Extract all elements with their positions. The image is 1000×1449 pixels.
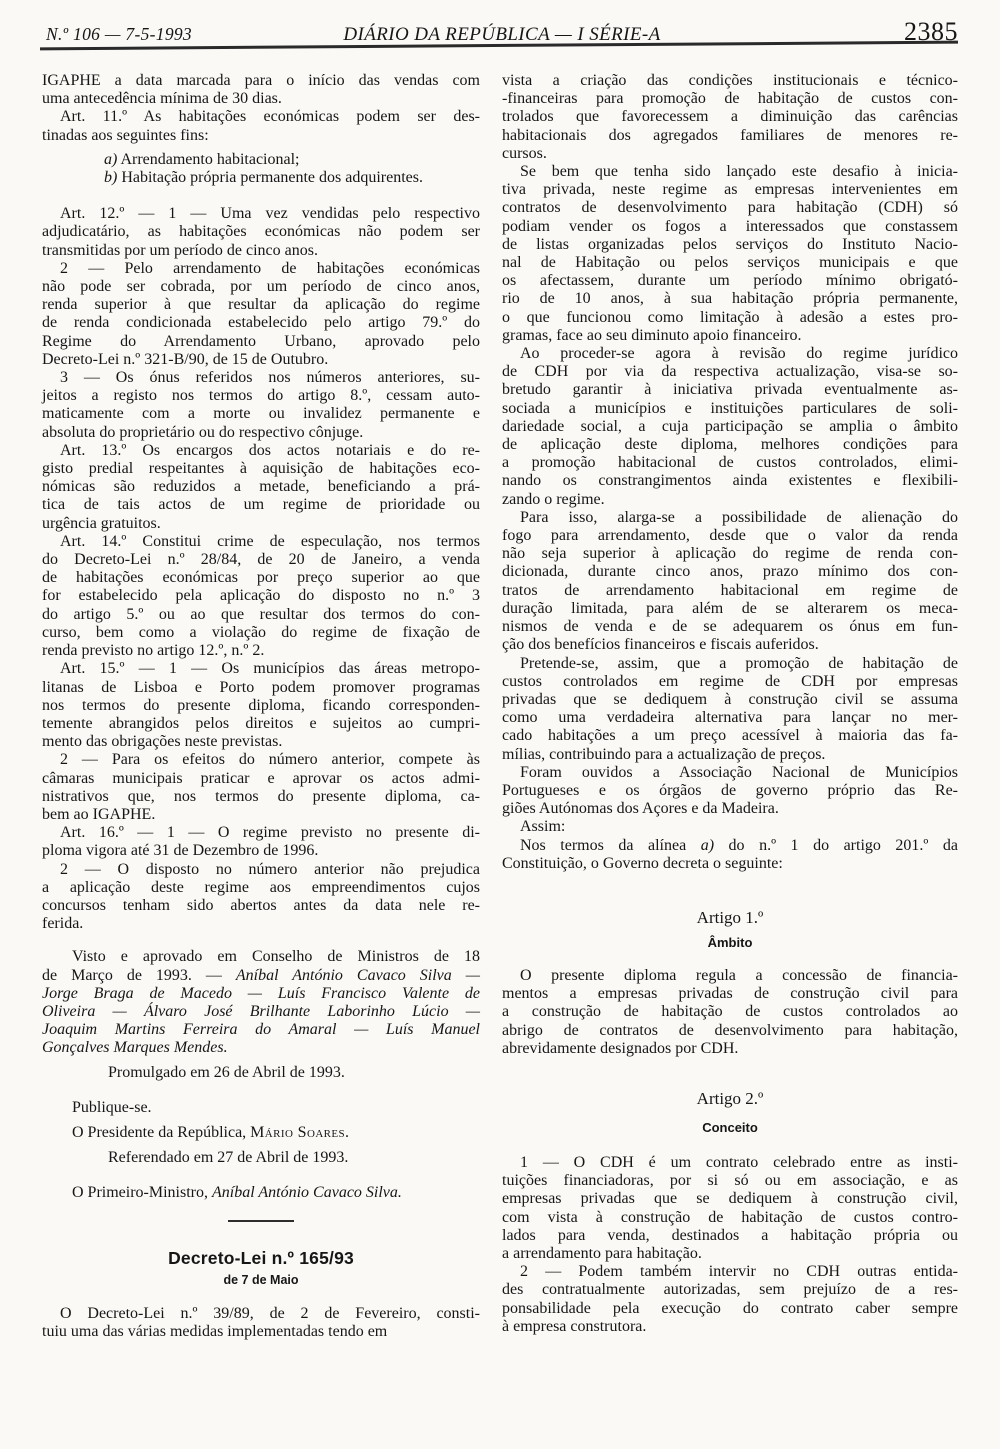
right-column: vista a criação das condições institucio…: [502, 72, 958, 1336]
text-line: O presente diploma regula a concessão de…: [502, 967, 958, 985]
text-line: 2 — Podem também intervir no CDH outras …: [502, 1263, 958, 1281]
text-line: curso, bem como a violação do regime de …: [42, 624, 480, 642]
paragraph: vista a criação das condições institucio…: [502, 72, 958, 163]
text-line: Para isso, alarga-se a possibilidade de …: [502, 509, 958, 527]
text-line: privadas que se dediquem à construção ci…: [502, 691, 958, 709]
text-line: Publique-se.: [42, 1099, 480, 1117]
paragraph: Foram ouvidos a Associação Nacional de M…: [502, 764, 958, 819]
text-line: bretudo garantir à iniciativa privada ev…: [502, 381, 958, 399]
text-line: mentos a empresas privadas de construção…: [502, 985, 958, 1003]
text-line: 3 — Os ónus referidos nos números anteri…: [42, 369, 480, 387]
left-column: IGAPHE a data marcada para o início das …: [42, 72, 480, 1341]
text-line: custos controlados em regime de CDH por …: [502, 673, 958, 691]
text-line: for estabelecido pela aplicação do dispo…: [42, 587, 480, 605]
text-line: de listas organizadas pelos serviços do …: [502, 236, 958, 254]
text-line: Art. 14.º Constitui crime de especulação…: [42, 533, 480, 551]
text-line: Art. 15.º — 1 — Os municípios das áreas …: [42, 660, 480, 678]
text-line: rio de 10 anos, à sua habitação própria …: [502, 290, 958, 308]
paragraph: 2 — Podem também intervir no CDH outras …: [502, 1263, 958, 1336]
text-line: concursos tenham sido abertos antes da d…: [42, 897, 480, 915]
text-line: de renda condicionada estabelecido pelo …: [42, 314, 480, 332]
text-line: contratos de desenvolvimento para habita…: [502, 199, 958, 217]
text-line: Promulgado em 26 de Abril de 1993.: [42, 1064, 480, 1082]
text-line: câmaras municipais praticar e aprovar os…: [42, 770, 480, 788]
text-line: não seja superior à aplicação do regime …: [502, 545, 958, 563]
text-line: nistrativos que, nos termos do presente …: [42, 788, 480, 806]
text-line: a arrendamento para habitação.: [502, 1245, 958, 1263]
text-line: tica de tais actos de um regime de prior…: [42, 496, 480, 514]
text-line: trolados que favorecessem a diminuição d…: [502, 108, 958, 126]
text-line: abrigo de contratos de desenvolvimento p…: [502, 1022, 958, 1040]
text-line: mento das obrigações neste previstas.: [42, 733, 480, 751]
text-line: absoluta do proprietário ou do respectiv…: [42, 424, 480, 442]
president-signature-line: O Presidente da República, Mário Soares.: [42, 1124, 480, 1142]
paragraph: Art. 11.º As habitações económicas podem…: [42, 108, 480, 144]
text-line: nal de Habitação ou pelos serviços munic…: [502, 254, 958, 272]
paragraph: Ao proceder-se agora à revisão do regime…: [502, 345, 958, 509]
text-line: uma antecedência mínima de 30 dias.: [42, 90, 480, 108]
text-line: gisto predial respeitantes à aquisição d…: [42, 460, 480, 478]
paragraph: 2 — O disposto no número anterior não pr…: [42, 861, 480, 934]
paragraph: Se bem que tenha sido lançado este desaf…: [502, 163, 958, 345]
text-run: Oliveira — Álvaro José Brilhante Laborin…: [42, 1003, 480, 1020]
text-line: do artigo 5.º ou ao que resultar dos ter…: [42, 606, 480, 624]
paragraph: IGAPHE a data marcada para o início das …: [42, 72, 480, 108]
text-line: Art. 12.º — 1 — Uma vez vendidas pelo re…: [42, 205, 480, 223]
paragraph: Assim:: [502, 818, 958, 836]
text-line: 2 — O disposto no número anterior não pr…: [42, 861, 480, 879]
text-line: não pode ser cobrada, por um período de …: [42, 278, 480, 296]
text-line: tuições financiadoras, por si só ou em a…: [502, 1172, 958, 1190]
paragraph: 3 — Os ónus referidos nos números anteri…: [42, 369, 480, 442]
text-line: a promoção habitacional de custos contro…: [502, 454, 958, 472]
text-line: O Presidente da República, Mário Soares.: [42, 1124, 480, 1142]
text-line: ploma vigora até 31 de Dezembro de 1996.: [42, 842, 480, 860]
text-line: habitacionais dos agregados familiares d…: [502, 127, 958, 145]
text-line: cado habitações a um preço acessível à m…: [502, 727, 958, 745]
text-line: Se bem que tenha sido lançado este desaf…: [502, 163, 958, 181]
paragraph: Art. 14.º Constitui crime de especulação…: [42, 533, 480, 660]
article-subheading: Conceito: [502, 1120, 958, 1136]
text-line: fogo para arrendamento, desde que o valo…: [502, 527, 958, 545]
text-line: nando os constrangimentos ainda existent…: [502, 472, 958, 490]
text-line: 2 — Para os efeitos do número anterior, …: [42, 751, 480, 769]
text-line: dicionada, durante cinco anos, prazo mín…: [502, 563, 958, 581]
text-line: como uma verdadeira alternativa para lan…: [502, 709, 958, 727]
article-heading: Artigo 1.º: [502, 907, 958, 929]
text-line: Oliveira — Álvaro José Brilhante Laborin…: [42, 1003, 480, 1021]
text-run: do n.º 1 do artigo 201.º da: [714, 837, 958, 854]
text-line: O Primeiro-Ministro, Aníbal António Cava…: [42, 1184, 480, 1202]
text-line: nos termos do presente diploma, ficando …: [42, 697, 480, 715]
text-line: maticamente com a morte ou invalidez per…: [42, 405, 480, 423]
text-line: Visto e aprovado em Conselho de Ministro…: [42, 948, 480, 966]
text-line: nómicas são reduzidos a metade, benefici…: [42, 478, 480, 496]
text-line: transmitidas por um período de cinco ano…: [42, 242, 480, 260]
text-run: Aníbal António Cavaco Silva —: [236, 967, 480, 984]
text-run: Arrendamento habitacional;: [117, 151, 299, 168]
text-line: renda previsto no artigo 12.º, n.º 2.: [42, 642, 480, 660]
text-line: Nos termos da alínea a) do n.º 1 do arti…: [502, 837, 958, 855]
text-line: adjudicatário, as habitações económicas …: [42, 223, 480, 241]
text-line: Gonçalves Marques Mendes.: [42, 1039, 480, 1057]
text-line: des contratualmente autorizadas, sem pre…: [502, 1281, 958, 1299]
text-line: Jorge Braga de Macedo — Luís Francisco V…: [42, 985, 480, 1003]
paragraph: 1 — O CDH é um contrato celebrado entre …: [502, 1154, 958, 1263]
text-line: Assim:: [502, 818, 958, 836]
text-run: a): [104, 151, 117, 168]
text-run: a): [701, 837, 714, 854]
text-line: Art. 11.º As habitações económicas podem…: [42, 108, 480, 126]
text-line: empresas privadas que se dediquem à cons…: [502, 1190, 958, 1208]
text-line: a aplicação deste regime aos empreendime…: [42, 879, 480, 897]
article-heading: Artigo 2.º: [502, 1088, 958, 1110]
text-line: Foram ouvidos a Associação Nacional de M…: [502, 764, 958, 782]
decree-date: de 7 de Maio: [42, 1272, 480, 1288]
text-line: b) Habitação própria permanente dos adqu…: [42, 169, 480, 187]
text-line: Regime do Arrendamento Urbano, aprovado …: [42, 333, 480, 351]
text-run: Joaquim Martins Ferreira do Amaral — Luí…: [42, 1021, 480, 1038]
statute-list: a) Arrendamento habitacional;b) Habitaçã…: [42, 151, 480, 187]
paragraph: 2 — Para os efeitos do número anterior, …: [42, 751, 480, 824]
paragraph: Para isso, alarga-se a possibilidade de …: [502, 509, 958, 655]
text-line: de habitações económicas por preço super…: [42, 569, 480, 587]
text-line: Constituição, o Governo decreta o seguin…: [502, 855, 958, 873]
text-line: urgência gratuitos.: [42, 515, 480, 533]
gazette-page: N.º 106 — 7-5-1993 DIÁRIO DA REPÚBLICA —…: [0, 0, 1000, 1449]
text-run: Jorge Braga de Macedo — Luís Francisco V…: [42, 985, 480, 1002]
text-run: Aníbal António Cavaco Silva.: [212, 1184, 402, 1201]
prime-minister-signature-line: O Primeiro-Ministro, Aníbal António Cava…: [42, 1184, 480, 1202]
paragraph: O Decreto-Lei n.º 39/89, de 2 de Feverei…: [42, 1305, 480, 1341]
text-line: os afectassem, durante um período mínimo…: [502, 272, 958, 290]
text-run: de Março de 1993. —: [42, 967, 236, 984]
text-line: O Decreto-Lei n.º 39/89, de 2 de Feverei…: [42, 1305, 480, 1323]
text-line: Referendado em 27 de Abril de 1993.: [42, 1149, 480, 1167]
promulgation-line: Promulgado em 26 de Abril de 1993.: [42, 1064, 480, 1082]
text-line: tiva privada, neste regime as empresas i…: [502, 181, 958, 199]
text-line: Decreto-Lei n.º 321-B/90, de 15 de Outub…: [42, 351, 480, 369]
text-line: com vista à construção de habitação de c…: [502, 1209, 958, 1227]
article-subheading: Âmbito: [502, 935, 958, 951]
text-line: Pretende-se, assim, que a promoção de ha…: [502, 655, 958, 673]
text-line: jeitos a registo nos termos do artigo 8.…: [42, 387, 480, 405]
text-line: tuiu uma das várias medidas implementada…: [42, 1323, 480, 1341]
text-line: Joaquim Martins Ferreira do Amaral — Luí…: [42, 1021, 480, 1039]
paragraph: 2 — Pelo arrendamento de habitações econ…: [42, 260, 480, 369]
paragraph: Art. 13.º Os encargos dos actos notariai…: [42, 442, 480, 533]
text-run: Nos termos da alínea: [520, 837, 701, 854]
text-line: Art. 13.º Os encargos dos actos notariai…: [42, 442, 480, 460]
text-line: gramas, face ao seu diminuto apoio finan…: [502, 327, 958, 345]
text-line: vista a criação das condições institucio…: [502, 72, 958, 90]
text-line: duração limitada, para além de se altera…: [502, 600, 958, 618]
text-run: Gonçalves Marques Mendes.: [42, 1039, 228, 1056]
text-line: de Março de 1993. — Aníbal António Cavac…: [42, 967, 480, 985]
paragraph: O presente diploma regula a concessão de…: [502, 967, 958, 1058]
text-line: abrevidamente designados por CDH.: [502, 1040, 958, 1058]
paragraph: Nos termos da alínea a) do n.º 1 do arti…: [502, 837, 958, 873]
text-line: zando o regime.: [502, 491, 958, 509]
text-line: ferida.: [42, 915, 480, 933]
text-line: cursos.: [502, 145, 958, 163]
text-line: de CDH por via da respectiva actualizaçã…: [502, 363, 958, 381]
text-line: à empresa construtora.: [502, 1318, 958, 1336]
signature-paragraph: Visto e aprovado em Conselho de Ministro…: [42, 948, 480, 1057]
text-line: ção dos benefícios financeiros e fiscais…: [502, 636, 958, 654]
paragraph: Art. 15.º — 1 — Os municípios das áreas …: [42, 660, 480, 751]
text-line: IGAPHE a data marcada para o início das …: [42, 72, 480, 90]
text-line: lados para venda, destinados a habitação…: [502, 1227, 958, 1245]
text-line: 1 — O CDH é um contrato celebrado entre …: [502, 1154, 958, 1172]
text-line: Portugueses e os órgãos de governo própr…: [502, 782, 958, 800]
text-line: tratos de arrendamento habitacional em r…: [502, 582, 958, 600]
text-run: b): [104, 169, 117, 186]
text-line: ponsabilidade pela execução do contrato …: [502, 1300, 958, 1318]
text-line: -financeiras para promoção de habitação …: [502, 90, 958, 108]
text-line: litanas de Lisboa e Porto podem promover…: [42, 679, 480, 697]
text-line: bem ao IGAPHE.: [42, 806, 480, 824]
text-line: podiam vender os fogos a interessados qu…: [502, 218, 958, 236]
text-line: dariedade social, a cuja participação se…: [502, 418, 958, 436]
text-run: Mário Soares: [250, 1124, 345, 1141]
text-line: sociada a municípios e instituições part…: [502, 400, 958, 418]
paragraph: Pretende-se, assim, que a promoção de ha…: [502, 655, 958, 764]
text-line: o que funcionou como limitação à adesão …: [502, 309, 958, 327]
text-line: nismos de venda e de se adequarem os ónu…: [502, 618, 958, 636]
text-line: giões Autónomas dos Açores e da Madeira.: [502, 800, 958, 818]
text-line: de aplicação deste diploma, melhores con…: [502, 436, 958, 454]
text-line: Art. 16.º — 1 — O regime previsto no pre…: [42, 824, 480, 842]
issue-number: N.º 106 — 7-5-1993: [46, 24, 296, 45]
text-line: tinadas aos seguintes fins:: [42, 127, 480, 145]
text-line: temente abrangidos pelos direitos e suje…: [42, 715, 480, 733]
referendum-line: Referendado em 27 de Abril de 1993.: [42, 1149, 480, 1167]
text-run: Habitação própria permanente dos adquire…: [117, 169, 423, 186]
decree-title: Decreto-Lei n.º 165/93: [42, 1248, 480, 1268]
text-line: 2 — Pelo arrendamento de habitações econ…: [42, 260, 480, 278]
text-line: Ao proceder-se agora à revisão do regime…: [502, 345, 958, 363]
text-run: O Presidente da República,: [72, 1124, 250, 1141]
section-divider: [228, 1220, 294, 1222]
text-line: do Decreto-Lei n.º 28/84, de 20 de Janei…: [42, 551, 480, 569]
text-line: a) Arrendamento habitacional;: [42, 151, 480, 169]
text-line: renda superior à que resultar da aplicaç…: [42, 296, 480, 314]
paragraph: Art. 12.º — 1 — Uma vez vendidas pelo re…: [42, 205, 480, 260]
text-run: O Primeiro-Ministro,: [72, 1184, 212, 1201]
text-run: .: [345, 1124, 349, 1141]
publication-order-line: Publique-se.: [42, 1099, 480, 1117]
text-line: a construção de habitação de custos cont…: [502, 1003, 958, 1021]
text-line: mílias, contribuindo para a actualização…: [502, 746, 958, 764]
paragraph: Art. 16.º — 1 — O regime previsto no pre…: [42, 824, 480, 860]
